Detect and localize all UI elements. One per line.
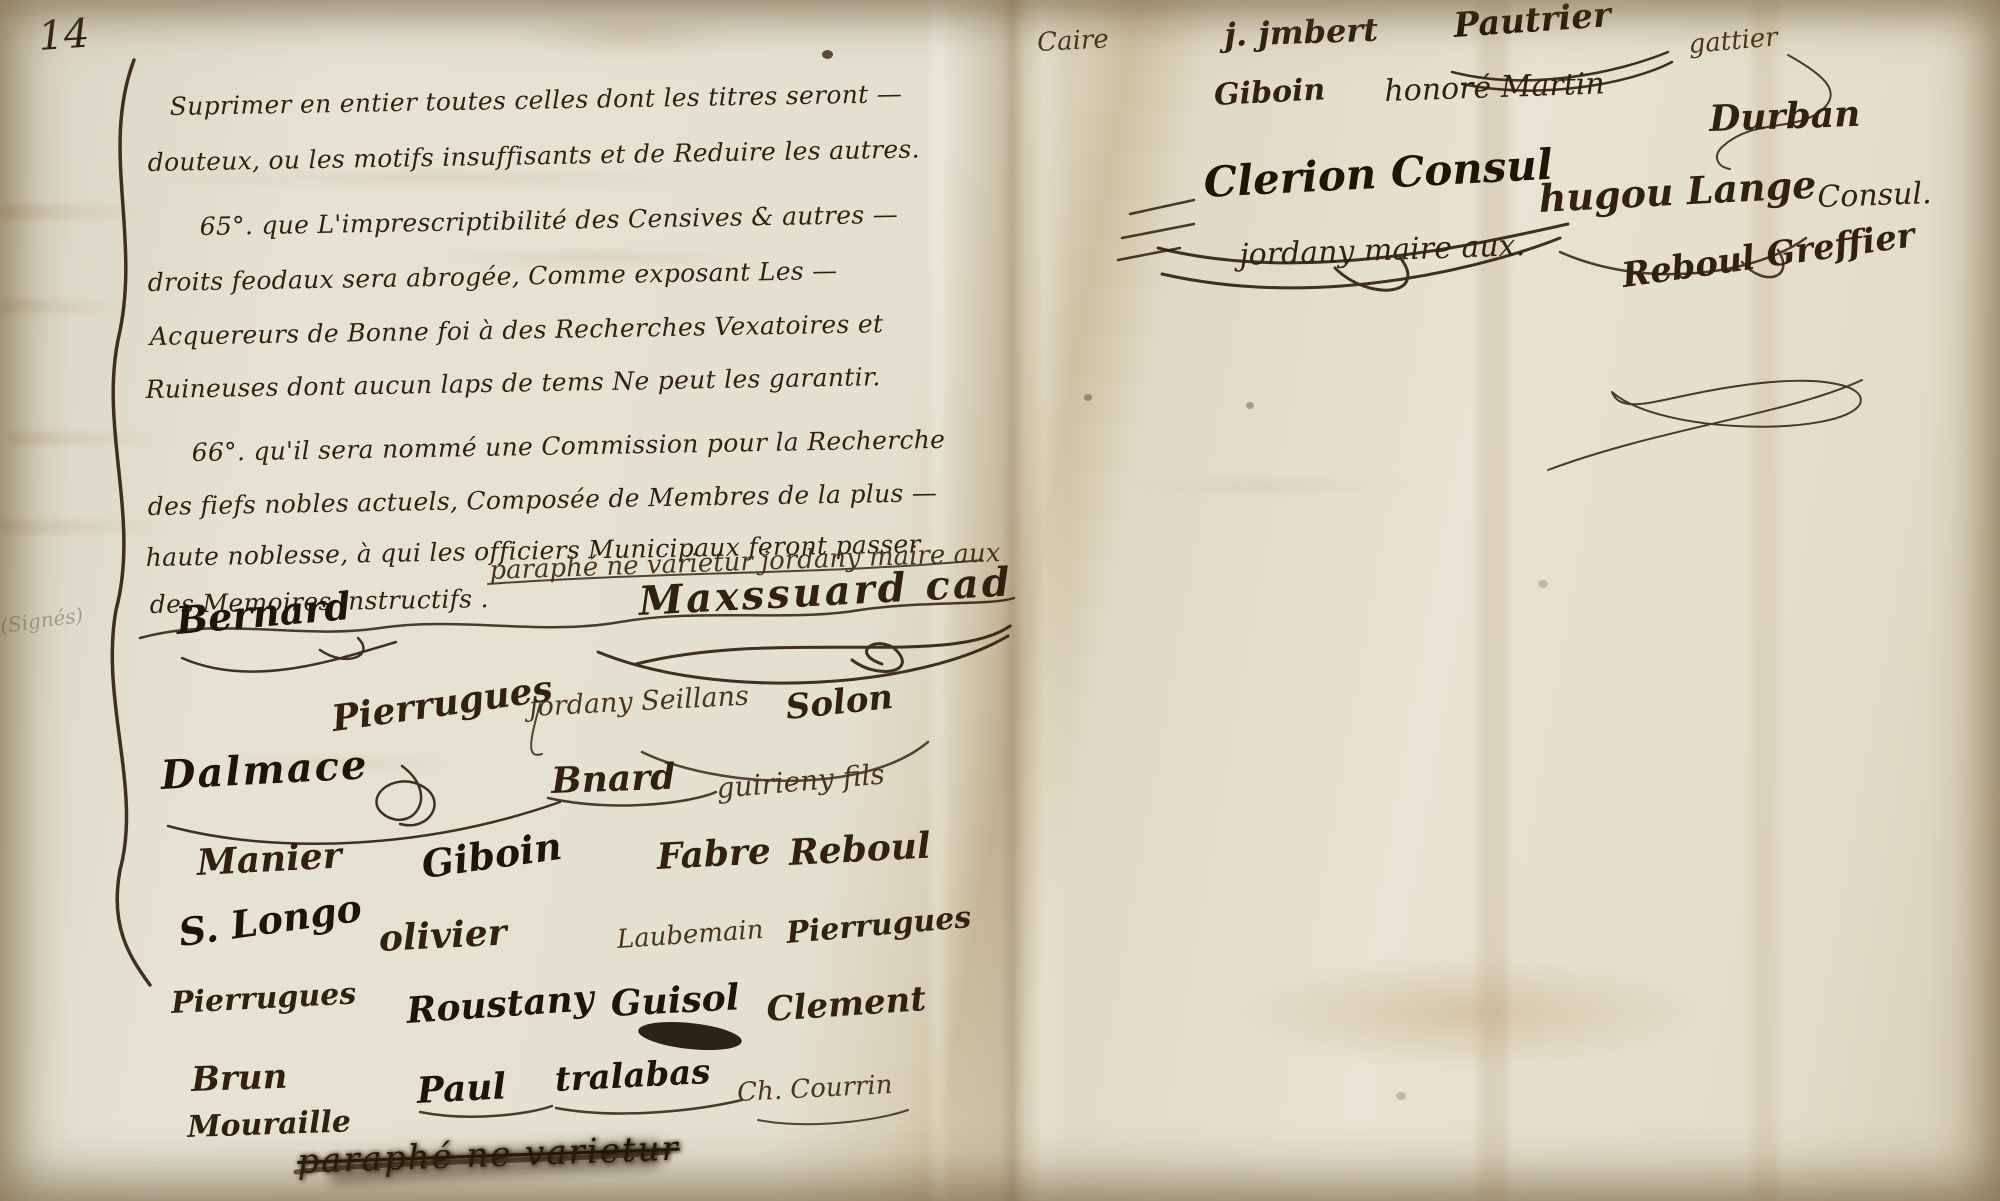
signature-pierrugues-3: Pierrugues bbox=[170, 976, 357, 1021]
stain-top-center bbox=[520, 12, 740, 58]
guisol-ink-blot bbox=[637, 1018, 743, 1055]
signature-laubemain: Laubemain bbox=[616, 915, 765, 955]
signature-dalmace: Dalmace bbox=[160, 741, 370, 799]
signature-solon: Solon bbox=[784, 677, 895, 728]
body-line-3: 65°. que L'imprescriptibilité des Censiv… bbox=[199, 200, 898, 241]
page-number: 14 bbox=[37, 11, 91, 60]
ink-speck-3 bbox=[1246, 402, 1254, 409]
signature-clerion-consul: Clerion Consul bbox=[1202, 140, 1554, 207]
signature-reboul-left: Reboul bbox=[788, 825, 932, 874]
signature-mouraille: Mouraille bbox=[187, 1104, 352, 1145]
signature-roustany: Roustany bbox=[405, 977, 595, 1032]
ink-speck-2 bbox=[1084, 394, 1092, 401]
bleedthrough-8 bbox=[1130, 480, 1410, 492]
signature-pautrier: Pautrier bbox=[1452, 0, 1612, 46]
bleedthrough-3 bbox=[10, 432, 170, 445]
body-line-5: Acquereurs de Bonne foi à des Recherches… bbox=[149, 309, 883, 351]
tralabas-underline bbox=[556, 1100, 742, 1113]
signature-guisol: Guisol bbox=[610, 976, 741, 1025]
body-line-8: des fiefs nobles actuels, Composée de Me… bbox=[147, 478, 937, 521]
signature-courrin: Ch. Courrin bbox=[736, 1070, 893, 1108]
signature-giboin-left: Giboin bbox=[419, 823, 565, 887]
signature-giboin-right: Giboin bbox=[1213, 72, 1326, 113]
struck-paraph-note: paraphé ne varietur bbox=[297, 1129, 681, 1182]
signature-hugou-lange: hugou Lange bbox=[1538, 162, 1818, 221]
reboul-greffier-loop bbox=[1548, 380, 1862, 470]
signature-pierrugues-1: Pierrugues bbox=[329, 667, 555, 740]
courrin-underline bbox=[758, 1110, 908, 1124]
body-line-4: droits feodaux sera abrogée, Comme expos… bbox=[147, 256, 837, 297]
signature-reboul-greffier: Reboul Greffier bbox=[1619, 215, 1917, 296]
signature-brun: Brun bbox=[191, 1057, 288, 1100]
signature-guirieny-fils: guirieny fils bbox=[715, 757, 886, 805]
signature-olivier: olivier bbox=[378, 911, 508, 960]
manuscript-scan: 14 (Signés) Suprimer en entier toutes ce… bbox=[0, 0, 2000, 1201]
ink-speck-4 bbox=[1538, 580, 1548, 588]
signature-clement: Clement bbox=[765, 979, 927, 1030]
signature-gattier: gattier bbox=[1687, 22, 1778, 60]
stain-bottom-right bbox=[1230, 955, 1700, 1070]
signature-imbert: j. jmbert bbox=[1224, 11, 1379, 54]
signature-caire: Caire bbox=[1036, 24, 1109, 58]
body-line-7: 66°. qu'il sera nommé une Commission pou… bbox=[191, 425, 945, 467]
signature-durban: Durban bbox=[1709, 93, 1861, 140]
signature-manier: Manier bbox=[196, 834, 343, 884]
signature-longo: S. Longo bbox=[176, 885, 365, 955]
bernard-flourish bbox=[182, 638, 396, 672]
signature-honore-martin: honoré Martin bbox=[1384, 66, 1605, 109]
body-line-1: Suprimer en entier toutes celles dont le… bbox=[169, 79, 902, 121]
maxssuard-flourish bbox=[598, 626, 1010, 683]
margin-annotation-signes: (Signés) bbox=[0, 603, 85, 638]
bleedthrough-4 bbox=[0, 520, 175, 534]
clerion-dashes bbox=[1118, 200, 1194, 260]
signature-tralabas: tralabas bbox=[554, 1052, 711, 1100]
signature-bnard: Bnard bbox=[551, 756, 676, 802]
signature-consul-title: Consul. bbox=[1817, 176, 1932, 215]
signature-paul: Paul bbox=[416, 1065, 507, 1112]
bleedthrough-2 bbox=[0, 300, 130, 313]
signature-pierrugues-2: Pierrugues bbox=[785, 900, 973, 951]
body-line-6: Ruineuses dont aucun laps de tems Ne peu… bbox=[145, 362, 880, 404]
bleedthrough-1 bbox=[0, 205, 150, 219]
ink-speck-5 bbox=[1396, 1092, 1406, 1100]
signature-jordany-maire: jordany maire aux. bbox=[1239, 228, 1526, 273]
signature-fabre: Fabre bbox=[656, 830, 772, 878]
signature-jordany-seillans: jordany Seillans bbox=[528, 681, 749, 723]
ink-speck-1 bbox=[822, 50, 833, 59]
body-line-2: douteux, ou les motifs insuffisants et d… bbox=[147, 135, 920, 177]
left-margin-brace bbox=[112, 60, 150, 985]
